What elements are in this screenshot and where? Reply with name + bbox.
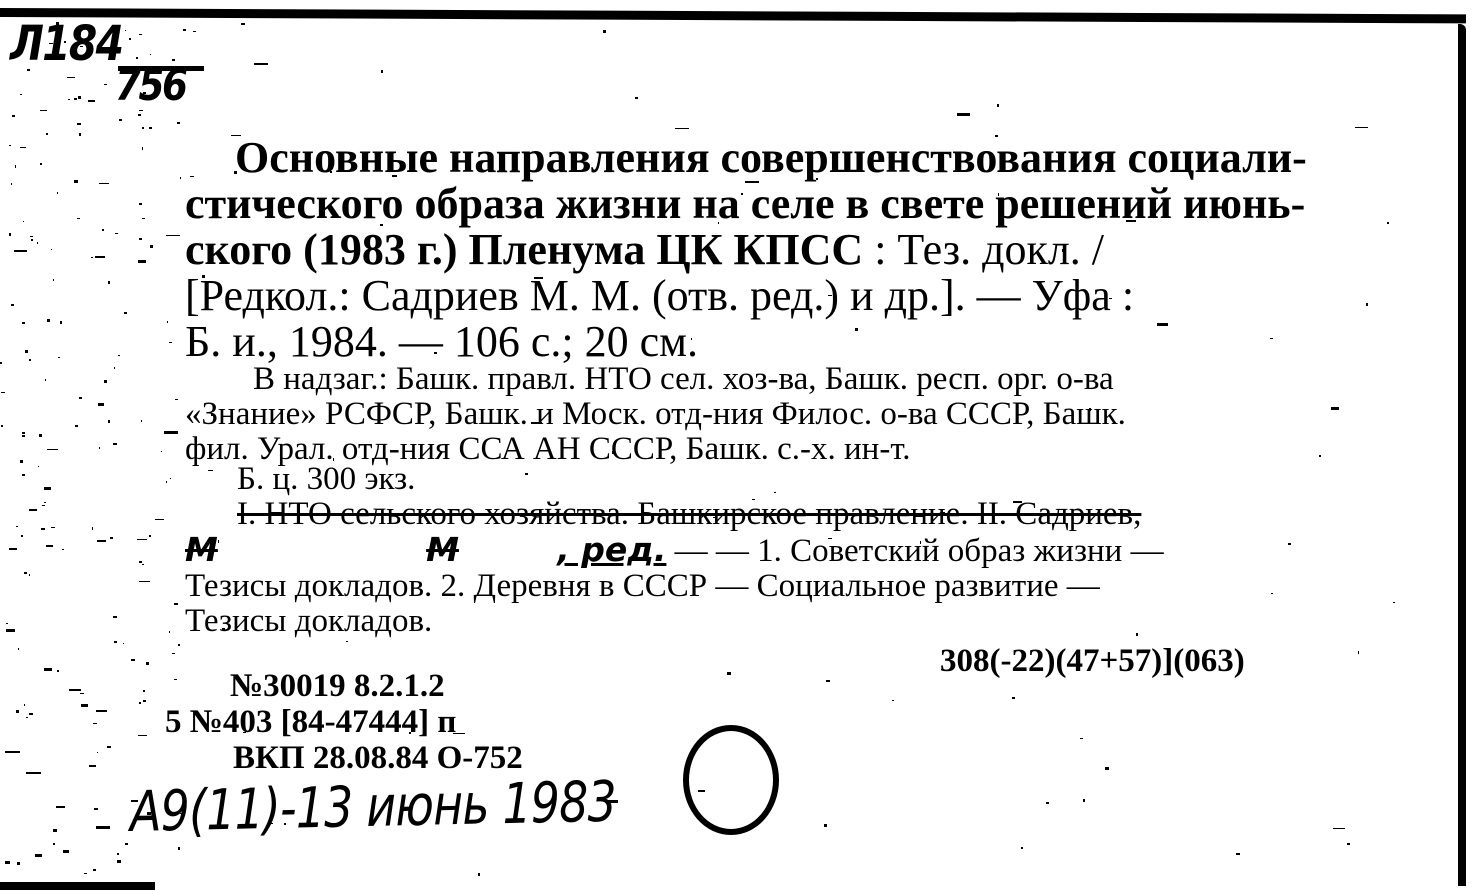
catalog-numbers: №30019 8.2.1.2 5 №403 [84-47444] п ВКП 2… — [165, 668, 523, 776]
tracing-line-2: М М , ред. — — 1. Советский образ жизни … — [185, 532, 1345, 569]
annotation-note: В надзаг.: Башк. правл. НТО сел. хоз-ва,… — [185, 362, 1345, 467]
title-text: Основные направления совершенствования с… — [235, 135, 1307, 181]
title-text: ского (1983 г.) Пленума ЦК КПСС — [185, 225, 863, 274]
card-border-bottom — [0, 882, 155, 890]
handwritten-call-number-top: Л184 — [10, 16, 122, 72]
price-text: Б. ц. 300 экз. — [185, 462, 1345, 497]
catalog-card: Л184 756 Основные направления совершенст… — [0, 0, 1476, 890]
subject-heading-end: Тезисы докладов. — [185, 604, 1345, 639]
annotation-line: «Знание» РСФСР, Башк. и Моск. отд-ния Фи… — [185, 397, 1345, 432]
struck-tracing-line: I. НТО сельского хозяйства. Башкирское п… — [185, 497, 1345, 532]
card-border-right — [1458, 24, 1466, 886]
card-number: №30019 8.2.1.2 — [165, 668, 523, 704]
tracings: I. НТО сельского хозяйства. Башкирское п… — [185, 497, 1345, 639]
title-info: : Тез. докл. / — [863, 225, 1104, 274]
title-line-2: стического образа жизни на селе в свете … — [185, 181, 1345, 227]
imprint-statement: Б. и., 1984. — 106 с.; 20 см. — [185, 317, 698, 366]
card-border-top — [0, 8, 1466, 23]
circle-mark — [683, 725, 779, 835]
imprint-line: Б. и., 1984. — 106 с.; 20 см. — [185, 319, 1345, 365]
price-print-run: Б. ц. 300 экз. — [185, 462, 1345, 497]
handwritten-call-number-bottom: 756 — [115, 60, 185, 111]
order-number: 5 №403 [84-47444] п — [165, 704, 523, 740]
responsibility-line: [Редкол.: Садриев М. М. (отв. ред.) и др… — [185, 273, 1345, 319]
responsibility-statement: [Редкол.: Садриев М. М. (отв. ред.) и др… — [185, 271, 1134, 320]
struck-initial: М — [185, 530, 218, 569]
udc-classification: 308(-22)(47+57)](063) — [940, 643, 1245, 680]
title-line-3: ского (1983 г.) Пленума ЦК КПСС : Тез. д… — [185, 227, 1345, 273]
subject-heading-1: — — 1. Советский образ жизни — — [675, 533, 1164, 569]
handwritten-note: А9(11)-13 июнь 1983 — [130, 770, 617, 845]
annotation-line: В надзаг.: Башк. правл. НТО сел. хоз-ва,… — [185, 362, 1345, 397]
bibliographic-description: Основные направления совершенствования с… — [185, 135, 1345, 365]
struck-initial: М — [426, 530, 459, 569]
subject-heading-2: Тезисы докладов. 2. Деревня в СССР — Соц… — [185, 569, 1345, 604]
book-chamber-number: ВКП 28.08.84 О-752 — [165, 740, 523, 776]
struck-editor-note: , ред. — [557, 530, 666, 569]
title-line-1: Основные направления совершенствования с… — [185, 135, 1345, 181]
title-text: стического образа жизни на селе в свете … — [185, 179, 1305, 228]
